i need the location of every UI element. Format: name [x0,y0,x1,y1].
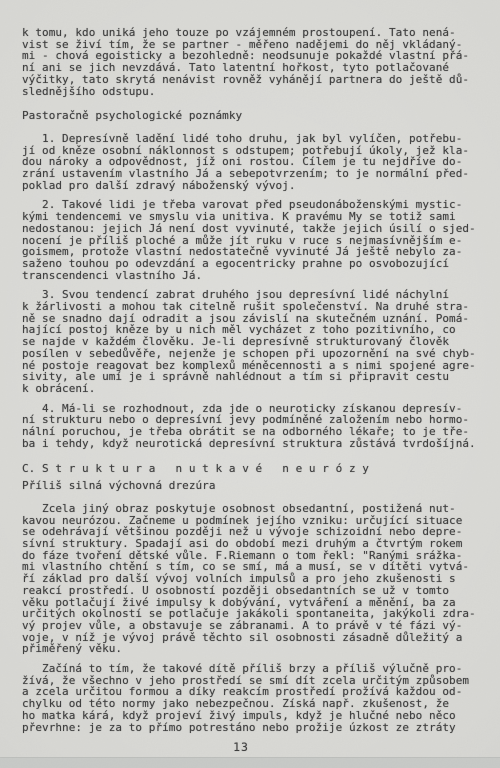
paragraph: 1. Depresívně ladění lidé toho druhu, ja… [22,133,482,192]
paragraph: 4. Má-li se rozhodnout, zda jde o neurot… [22,403,482,450]
paragraph: Začíná to tím, že takové dítě příliš brz… [22,663,482,733]
heading: C. S t r u k t u r a n u t k a v é n e u… [22,463,482,475]
subheading: Příliš silná výchovná drezúra [22,480,482,492]
page-number: 13 [0,740,491,754]
paragraph: 2. Takové lidi je třeba varovat před pse… [22,199,482,281]
scanned-book-page: k tomu, kdo uniká jeho touze po vzájemné… [0,0,500,768]
page-bottom-edge-shadow [0,757,500,768]
heading: Pastoračně psychologické poznámky [22,110,482,122]
text-column: k tomu, kdo uniká jeho touze po vzájemné… [22,27,482,733]
paragraph: 3. Svou tendencí zabrat druhého jsou dep… [22,289,482,394]
paragraph: Zcela jiný obraz poskytuje osobnost obse… [22,503,482,655]
paragraph: k tomu, kdo uniká jeho touze po vzájemné… [22,27,482,97]
